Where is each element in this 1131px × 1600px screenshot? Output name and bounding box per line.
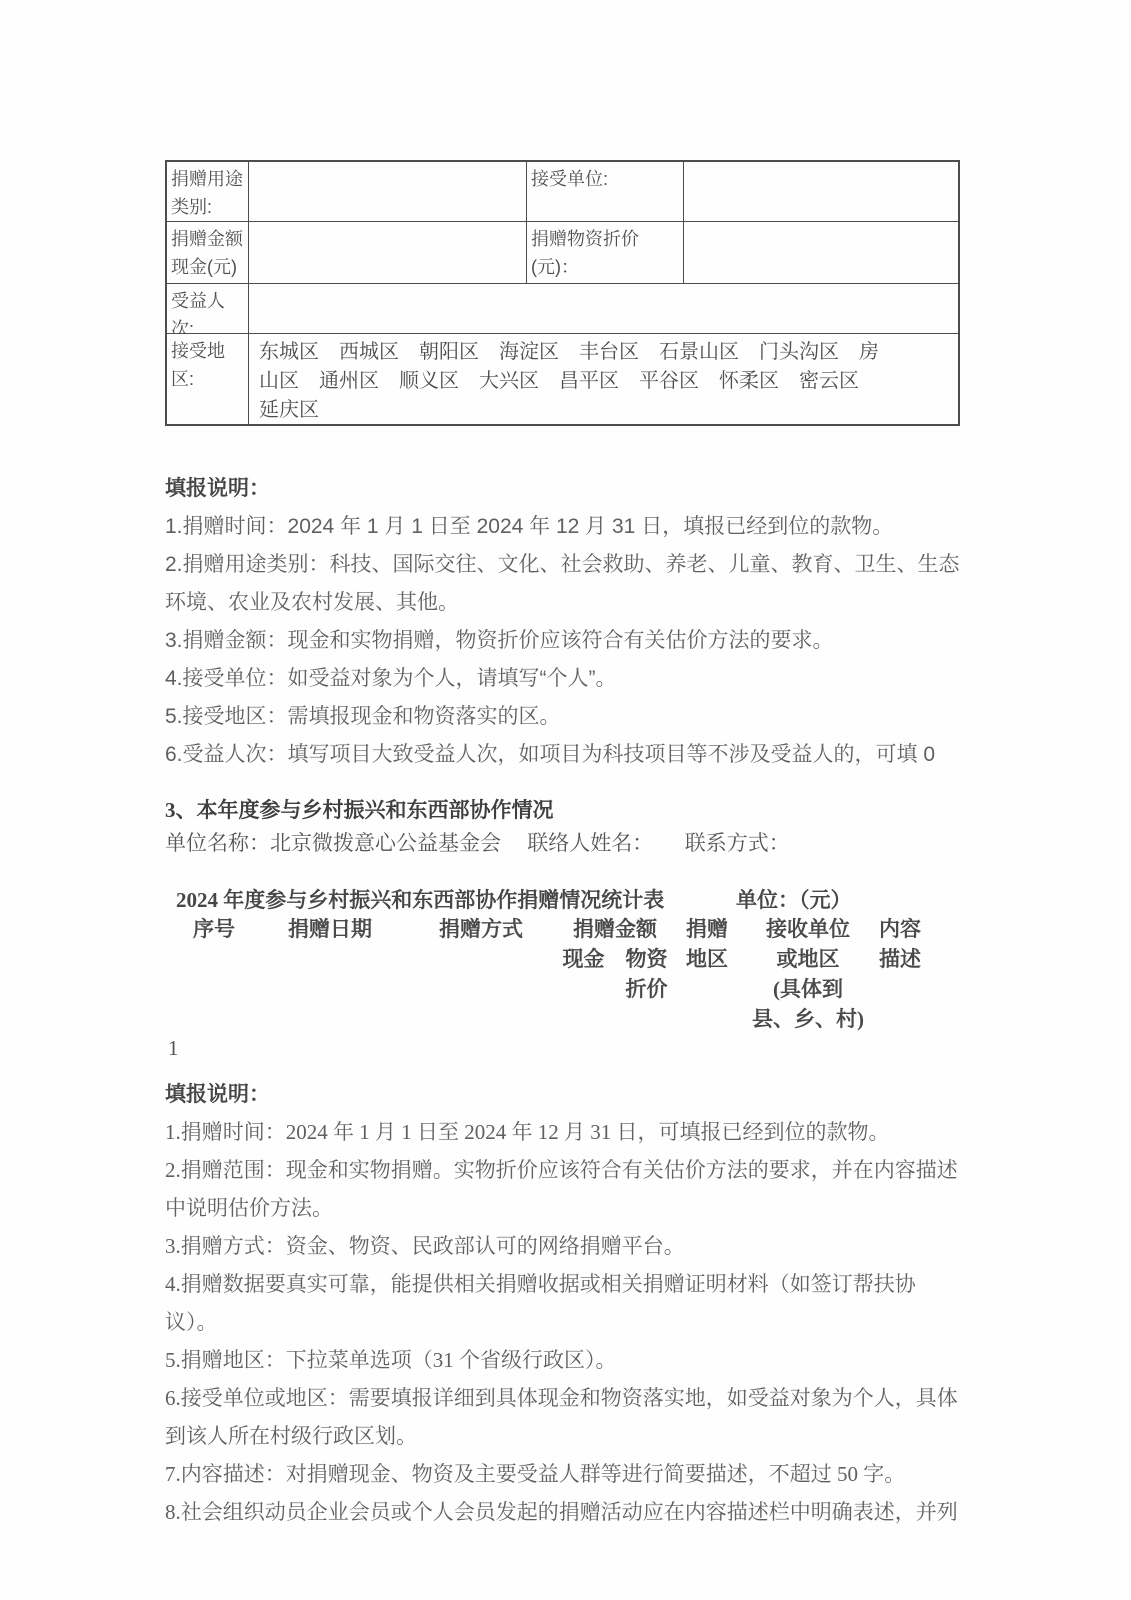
col-donation-amount: 捐赠金额 现金 物资 折价 <box>545 914 685 1004</box>
notes2-item: 2.捐赠范围：现金和实物捐赠。实物折价应该符合有关估价方法的要求，并在内容描述中… <box>165 1151 967 1227</box>
notes1-item: 3.捐赠金额：现金和实物捐赠，物资折价应该符合有关估价方法的要求。 <box>165 622 967 660</box>
cash-amount-value <box>249 222 527 284</box>
stats-table-header: 序号 捐赠日期 捐赠方式 捐赠金额 现金 物资 折价 捐赠 地区 接收单位 或地… <box>165 914 975 1036</box>
col-receiving-unit: 接收单位 或地区 (具体到 县、乡、村) <box>746 914 870 1034</box>
goods-value-label: 捐赠物资折价 (元)： <box>527 222 684 284</box>
stats-table-row-index: 1 <box>168 1033 179 1063</box>
col-donation-date: 捐赠日期 <box>270 914 390 944</box>
notes2-item: 8.社会组织动员企业会员或个人会员发起的捐赠活动应在内容描述栏中明确表述，并列 <box>165 1493 967 1531</box>
receiving-region-label: 接受地区: <box>167 334 249 424</box>
notes2-heading: 填报说明： <box>165 1075 967 1113</box>
cash-amount-label: 捐赠金额 现金(元) <box>167 222 249 284</box>
notes2-item: 6.接受单位或地区：需要填报详细到具体现金和物资落实地，如受益对象为个人，具体到… <box>165 1379 967 1455</box>
notes1-item: 1.捐赠时间：2024 年 1 月 1 日至 2024 年 12 月 31 日，… <box>165 508 967 546</box>
notes-section-2: 填报说明： 1.捐赠时间：2024 年 1 月 1 日至 2024 年 12 月… <box>165 1075 967 1531</box>
notes1-item: 5.接受地区：需填报现金和物资落实的区。 <box>165 698 967 736</box>
beneficiaries-label: 受益人次: <box>167 284 249 334</box>
notes2-item: 7.内容描述：对捐赠现金、物资及主要受益人群等进行简要描述，不超过 50 字。 <box>165 1455 967 1493</box>
notes1-item: 2.捐赠用途类别：科技、国际交往、文化、社会救助、养老、儿童、教育、卫生、生态环… <box>165 546 967 622</box>
purpose-category-label: 捐赠用途 类别: <box>167 162 249 222</box>
col-content-description: 内容 描述 <box>868 914 932 974</box>
notes2-item: 4.捐赠数据要真实可靠，能提供相关捐赠收据或相关捐赠证明材料（如签订帮扶协议）。 <box>165 1265 967 1341</box>
beneficiaries-value <box>249 284 958 334</box>
purpose-category-value <box>249 162 527 222</box>
district-list: 东城区 西城区 朝阳区 海淀区 丰台区 石景山区 门头沟区 房 山区 通州区 顺… <box>249 334 958 424</box>
stats-table-title-row: 2024 年度参与乡村振兴和东西部协作捐赠情况统计表 单位：（元） <box>165 884 975 914</box>
section-3: 3、本年度参与乡村振兴和东西部协作情况 单位名称：北京微拨意心公益基金会 联络人… <box>165 794 975 860</box>
donation-summary-table: 捐赠用途 类别: 接受单位: 捐赠金额 现金(元) 捐赠物资折价 (元)： 受益… <box>165 160 960 426</box>
recipient-unit-value <box>684 162 958 222</box>
stats-table-title: 2024 年度参与乡村振兴和东西部协作捐赠情况统计表 <box>176 884 664 914</box>
col-donation-method: 捐赠方式 <box>421 914 541 944</box>
document-page: 捐赠用途 类别: 接受单位: 捐赠金额 现金(元) 捐赠物资折价 (元)： 受益… <box>0 0 1131 1600</box>
notes2-item: 1.捐赠时间：2024 年 1 月 1 日至 2024 年 12 月 31 日，… <box>165 1113 967 1151</box>
notes2-item: 5.捐赠地区：下拉菜单选项（31 个省级行政区）。 <box>165 1341 967 1379</box>
notes2-item: 3.捐赠方式：资金、物资、民政部认可的网络捐赠平台。 <box>165 1227 967 1265</box>
col-donation-region: 捐赠 地区 <box>675 914 739 974</box>
col-serial-number: 序号 <box>184 914 244 944</box>
notes1-item: 6.受益人次：填写项目大致受益人次，如项目为科技项目等不涉及受益人的，可填 0 <box>165 736 967 774</box>
org-info-line: 单位名称：北京微拨意心公益基金会 联络人姓名： 联系方式： <box>165 827 975 860</box>
recipient-unit-label: 接受单位: <box>527 162 684 222</box>
notes1-item: 4.接受单位：如受益对象为个人，请填写“个人”。 <box>165 660 967 698</box>
goods-value-value <box>684 222 958 284</box>
notes-section-1: 填报说明： 1.捐赠时间：2024 年 1 月 1 日至 2024 年 12 月… <box>165 470 967 774</box>
stats-table-unit: 单位：（元） <box>736 884 852 914</box>
section-3-heading: 3、本年度参与乡村振兴和东西部协作情况 <box>165 794 975 827</box>
notes1-heading: 填报说明： <box>165 470 967 508</box>
